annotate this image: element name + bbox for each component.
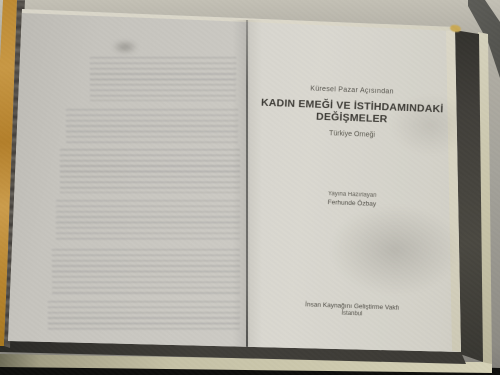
photo-of-open-book: Küresel Pazar Açısından KADIN EMEĞİ VE İ…	[0, 0, 500, 375]
page-gutter-line	[246, 20, 248, 352]
book-title: KADIN EMEĞİ VE İSTİHDAMINDAKİ DEĞİŞMELER	[252, 97, 453, 127]
page-smudge	[112, 40, 138, 54]
bleedthrough-text-block	[52, 249, 240, 295]
bleedthrough-text-block	[48, 301, 240, 333]
bleedthrough-text-block	[60, 149, 240, 193]
bleedthrough-text-block	[56, 200, 240, 242]
bleedthrough-text-block	[90, 57, 236, 101]
series-kicker-text: Küresel Pazar Açısından	[252, 83, 452, 97]
open-book-pages: Küresel Pazar Açısından KADIN EMEĞİ VE İ…	[0, 0, 500, 375]
publisher-imprint: İnsan Kaynağını Geliştirme Vakfı İstanbu…	[252, 299, 452, 322]
series-kicker: Küresel Pazar Açısından	[252, 83, 452, 97]
page-smudge	[330, 205, 460, 295]
editor-credit: Yayına Hazırlayan Ferhunde Özbay	[252, 188, 452, 211]
bleedthrough-text-block	[66, 109, 238, 143]
